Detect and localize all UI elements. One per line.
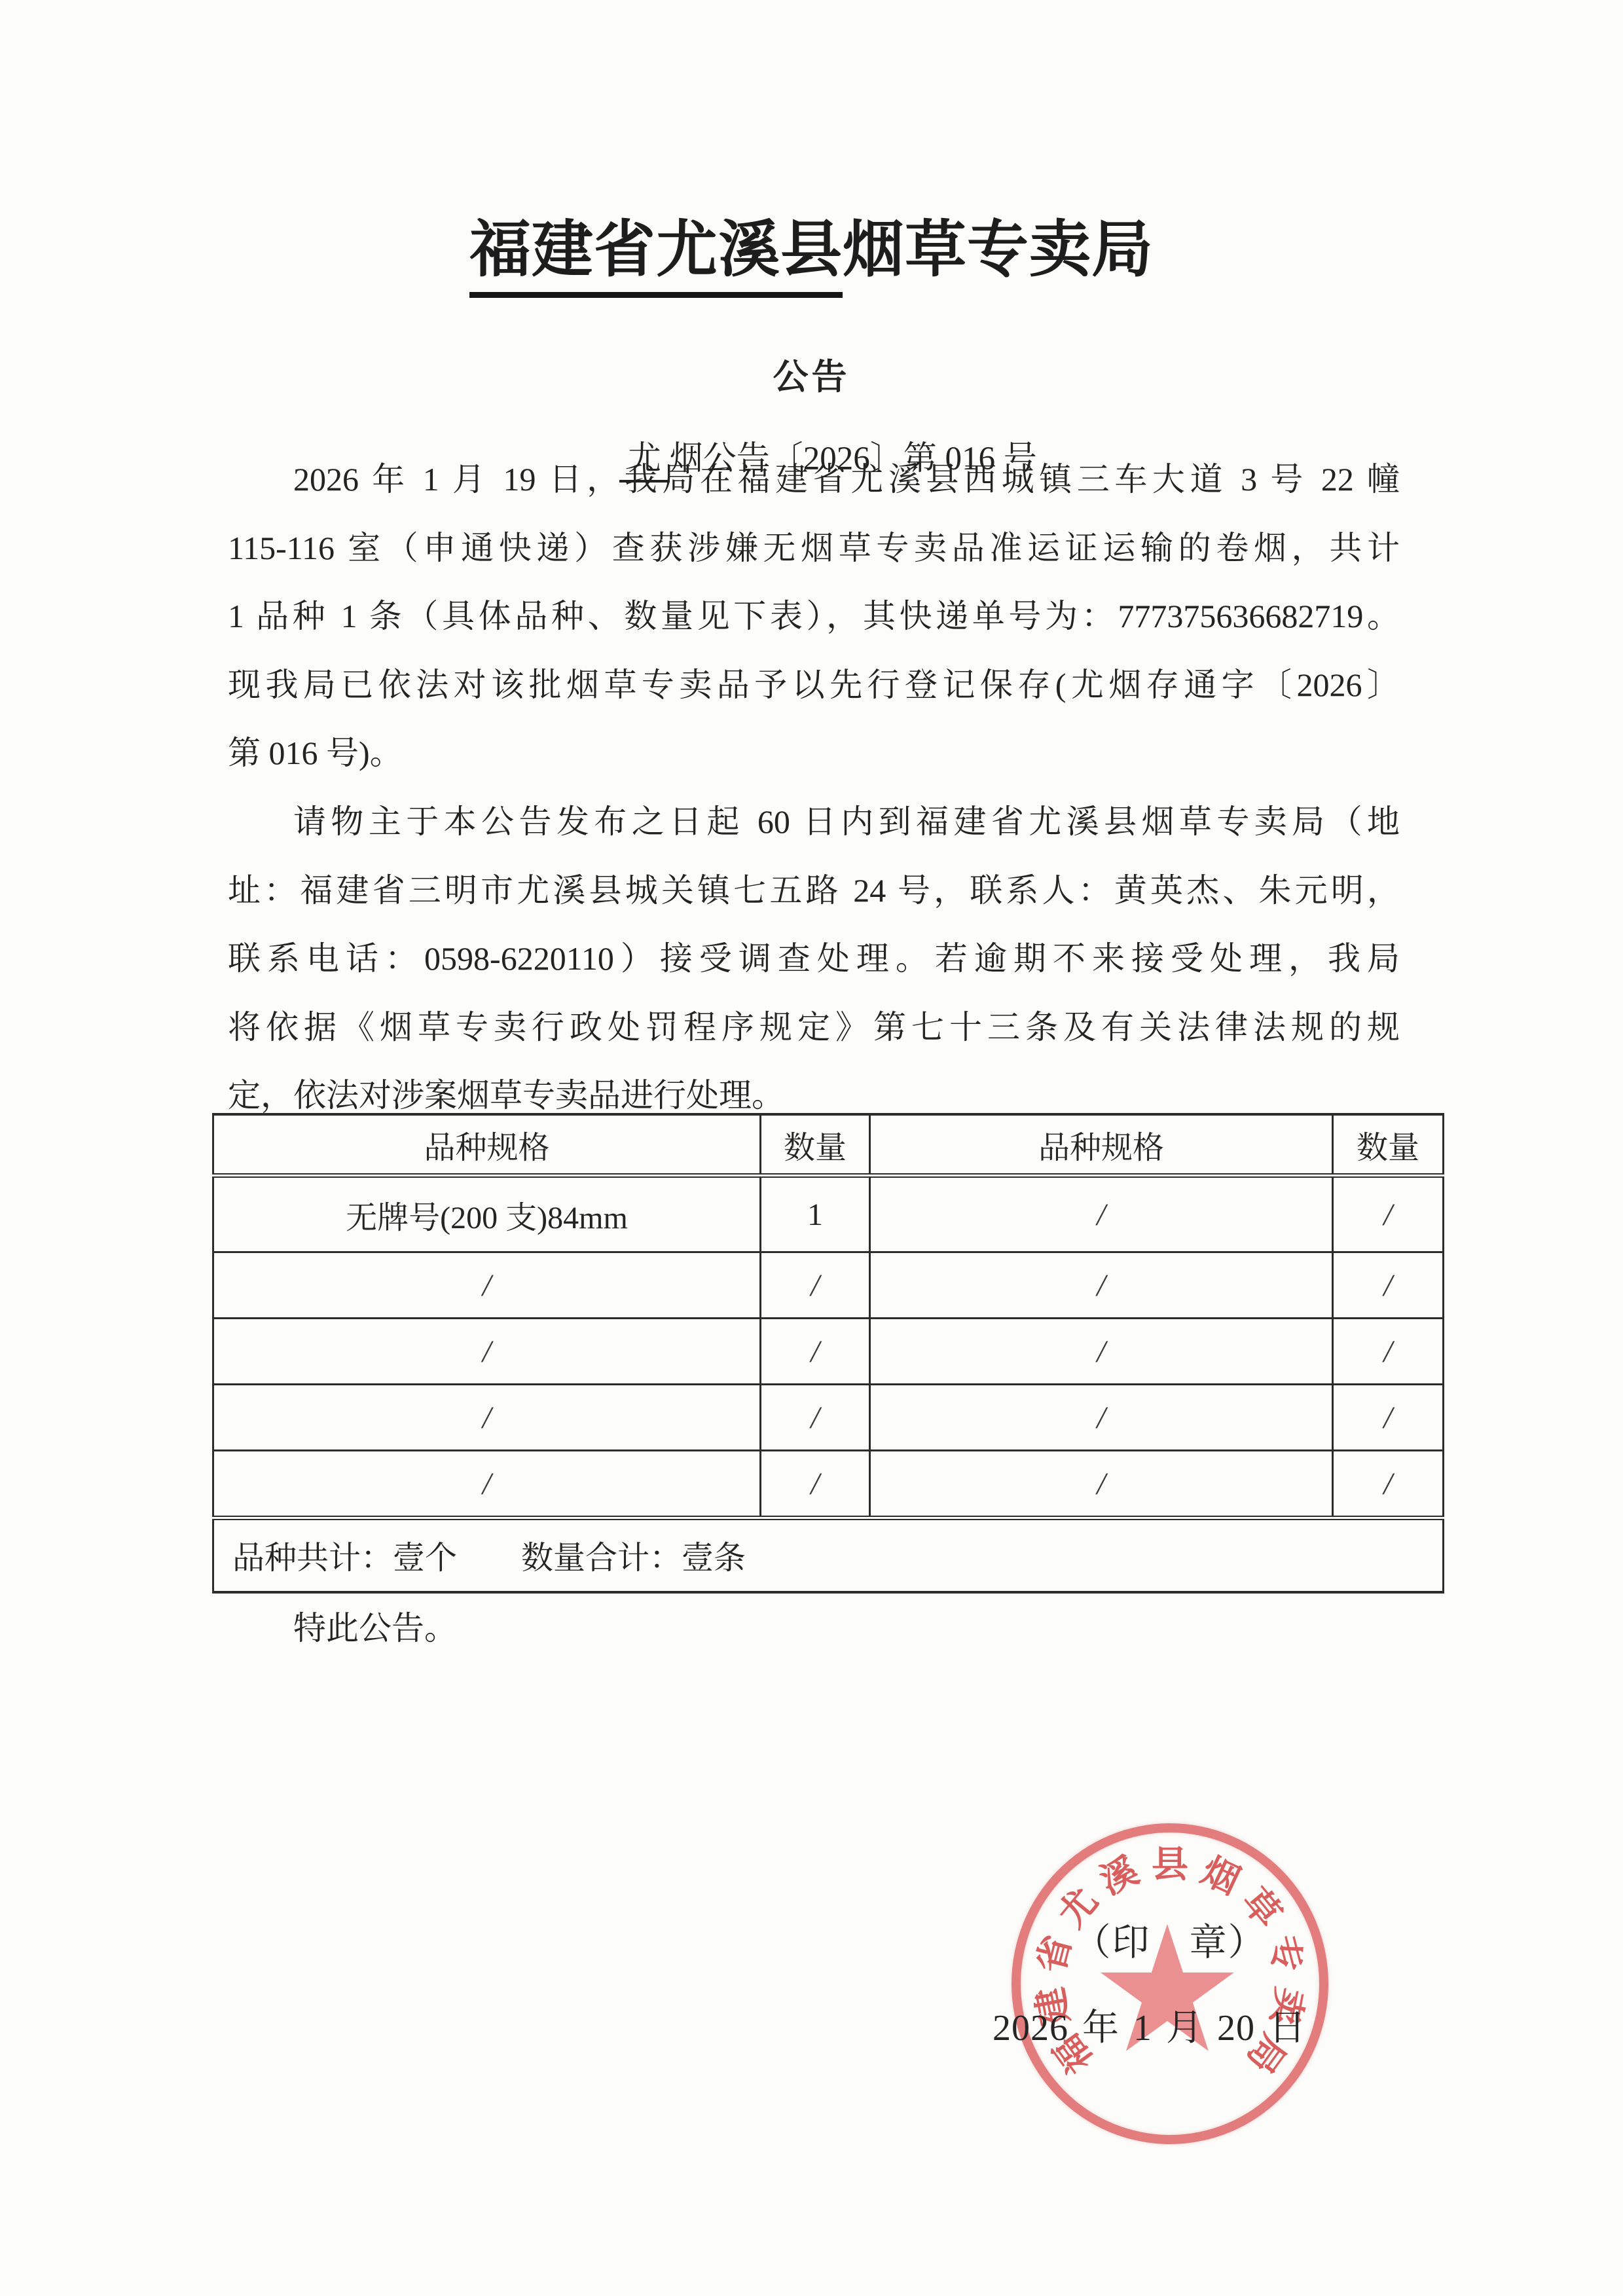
table-row: / / / / (213, 1252, 1444, 1319)
cell-qty: / (761, 1319, 870, 1385)
col-header-qty-2: 数量 (1333, 1114, 1444, 1176)
cell-qty: / (1333, 1319, 1444, 1385)
cell-spec: / (870, 1176, 1333, 1252)
body-text: 2026 年 1 月 19 日，我局在福建省尤溪县西城镇三车大道 3 号 22 … (228, 445, 1400, 1130)
col-header-spec-2: 品种规格 (870, 1114, 1333, 1176)
issue-date: 2026 年 1 月 20 日 (993, 2003, 1306, 2053)
seal-placeholder-label: （印 章） (974, 1918, 1366, 1968)
page-title: 福建省尤溪县烟草专卖局 (0, 200, 1623, 288)
official-seal-stamp: 福建省尤溪县烟草专卖局 (1012, 1823, 1328, 2144)
cell-spec: / (870, 1385, 1333, 1451)
table-header-row: 品种规格 数量 品种规格 数量 (213, 1114, 1444, 1176)
document-page: 福建省尤溪县烟草专卖局 公告 尤 烟公告〔2026〕第 016 号 2026 年… (0, 0, 1623, 2296)
stamp-ring-text: 福建省尤溪县烟草专卖局 (1012, 1823, 1328, 2144)
stamp-ring-char: 烟 (1194, 1842, 1250, 1905)
cell-spec: / (870, 1252, 1333, 1319)
cell-qty: / (761, 1451, 870, 1518)
cell-spec: 无牌号(200 支)84mm (213, 1176, 761, 1252)
cell-qty: / (1333, 1385, 1444, 1451)
col-header-qty: 数量 (761, 1114, 870, 1176)
body-line: 现我局已依法对该批烟草专卖品予以先行登记保存(尤烟存通字〔2026〕 (228, 651, 1400, 720)
body-line: 址：福建省三明市尤溪县城关镇七五路 24 号，联系人：黄英杰、朱元明， (228, 856, 1400, 925)
table-row: 无牌号(200 支)84mm 1 / / (213, 1176, 1444, 1252)
body-line: 请物主于本公告发布之日起 60 日内到福建省尤溪县烟草专卖局（地 (228, 788, 1400, 856)
body-line: 2026 年 1 月 19 日，我局在福建省尤溪县西城镇三车大道 3 号 22 … (228, 445, 1400, 514)
stamp-ring-char: 溪 (1090, 1842, 1146, 1905)
stamp-ring-char: 县 (1152, 1836, 1188, 1888)
cell-spec: / (213, 1385, 761, 1451)
cell-spec: / (870, 1451, 1333, 1518)
cell-qty: / (1333, 1176, 1444, 1252)
col-header-spec: 品种规格 (213, 1114, 761, 1176)
cell-spec: / (870, 1319, 1333, 1385)
body-line: 第 016 号)。 (228, 719, 1400, 788)
body-line: 将依据《烟草专卖行政处罚程序规定》第七十三条及有关法律法规的规 (228, 993, 1400, 1062)
body-line: 联系电话：0598-6220110）接受调查处理。若逾期不来接受处理，我局 (228, 924, 1400, 993)
cell-qty: / (1333, 1252, 1444, 1319)
cell-qty: / (761, 1252, 870, 1319)
closing-line: 特此公告。 (228, 1602, 457, 1649)
summary-totals: 品种共计：壹个 数量合计：壹条 (213, 1518, 1444, 1593)
cell-spec: / (213, 1319, 761, 1385)
cell-qty: 1 (761, 1176, 870, 1252)
cell-qty: / (761, 1385, 870, 1451)
subtitle: 公告 (0, 349, 1623, 399)
body-line: 115-116 室（申通快递）查获涉嫌无烟草专卖品准运证运输的卷烟，共计 (228, 514, 1400, 583)
cell-spec: / (213, 1451, 761, 1518)
table-summary-row: 品种共计：壹个 数量合计：壹条 (213, 1518, 1444, 1593)
table-row: / / / / (213, 1319, 1444, 1385)
seized-goods-table: 品种规格 数量 品种规格 数量 无牌号(200 支)84mm 1 / / / /… (212, 1113, 1444, 1594)
table-row: / / / / (213, 1385, 1444, 1451)
body-line: 1 品种 1 条（具体品种、数量见下表），其快递单号为：777375636682… (228, 582, 1400, 651)
cell-qty: / (1333, 1451, 1444, 1518)
title-underlined-part: 福建省尤溪县 (469, 216, 843, 298)
table-row: / / / / (213, 1451, 1444, 1518)
title-rest: 烟草专卖局 (843, 216, 1154, 284)
cell-spec: / (213, 1252, 761, 1319)
